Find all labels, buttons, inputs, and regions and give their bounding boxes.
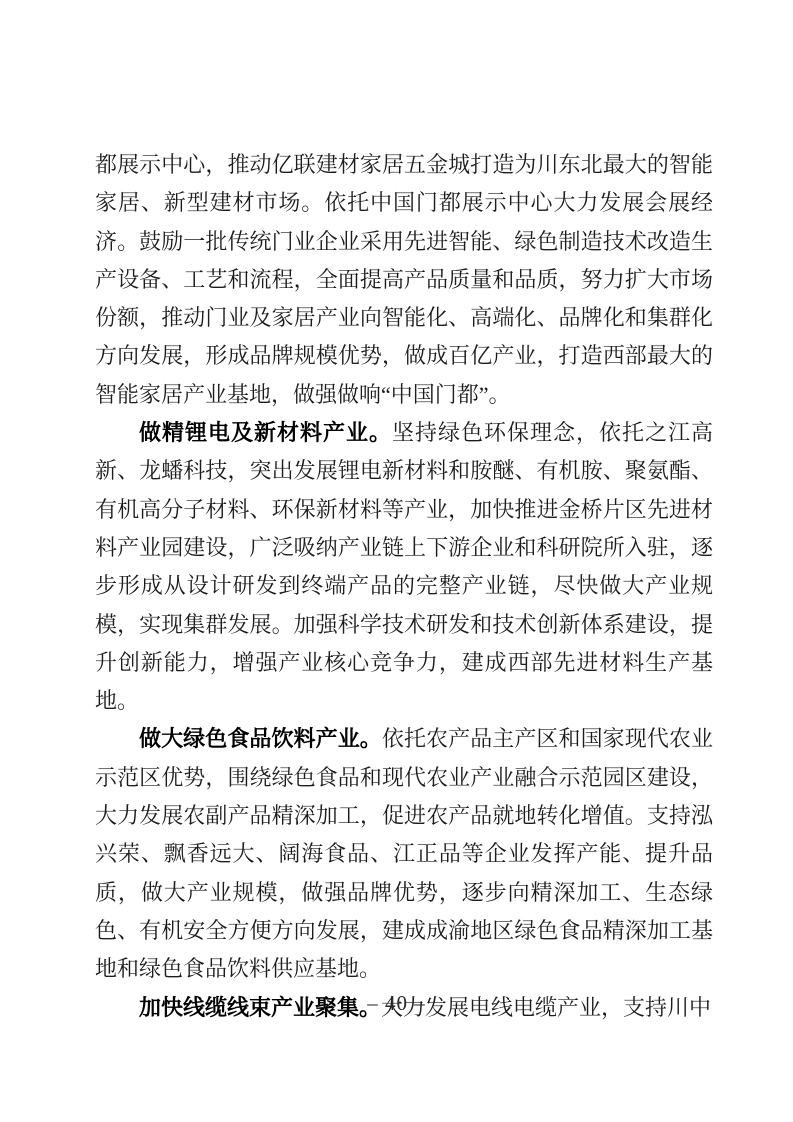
paragraph-bold-heading: 做精锂电及新材料产业。 <box>139 420 392 445</box>
page-number: – 40 – <box>0 991 793 1016</box>
paragraph: 做大绿色食品饮料产业。依托农产品主产区和国家现代农业示范区优势，围绕绿色食品和现… <box>95 720 713 988</box>
paragraph-bold-heading: 做大绿色食品饮料产业。 <box>139 726 382 751</box>
document-body: 都展示中心，推动亿联建材家居五金城打造为川东北最大的智能家居、新型建材市场。依托… <box>95 146 713 1027</box>
paragraph: 做精锂电及新材料产业。坚持绿色环保理念，依托之江高新、龙蟠科技，突出发展锂电新材… <box>95 414 713 720</box>
paragraph: 都展示中心，推动亿联建材家居五金城打造为川东北最大的智能家居、新型建材市场。依托… <box>95 146 713 414</box>
document-page: 都展示中心，推动亿联建材家居五金城打造为川东北最大的智能家居、新型建材市场。依托… <box>0 0 793 1122</box>
